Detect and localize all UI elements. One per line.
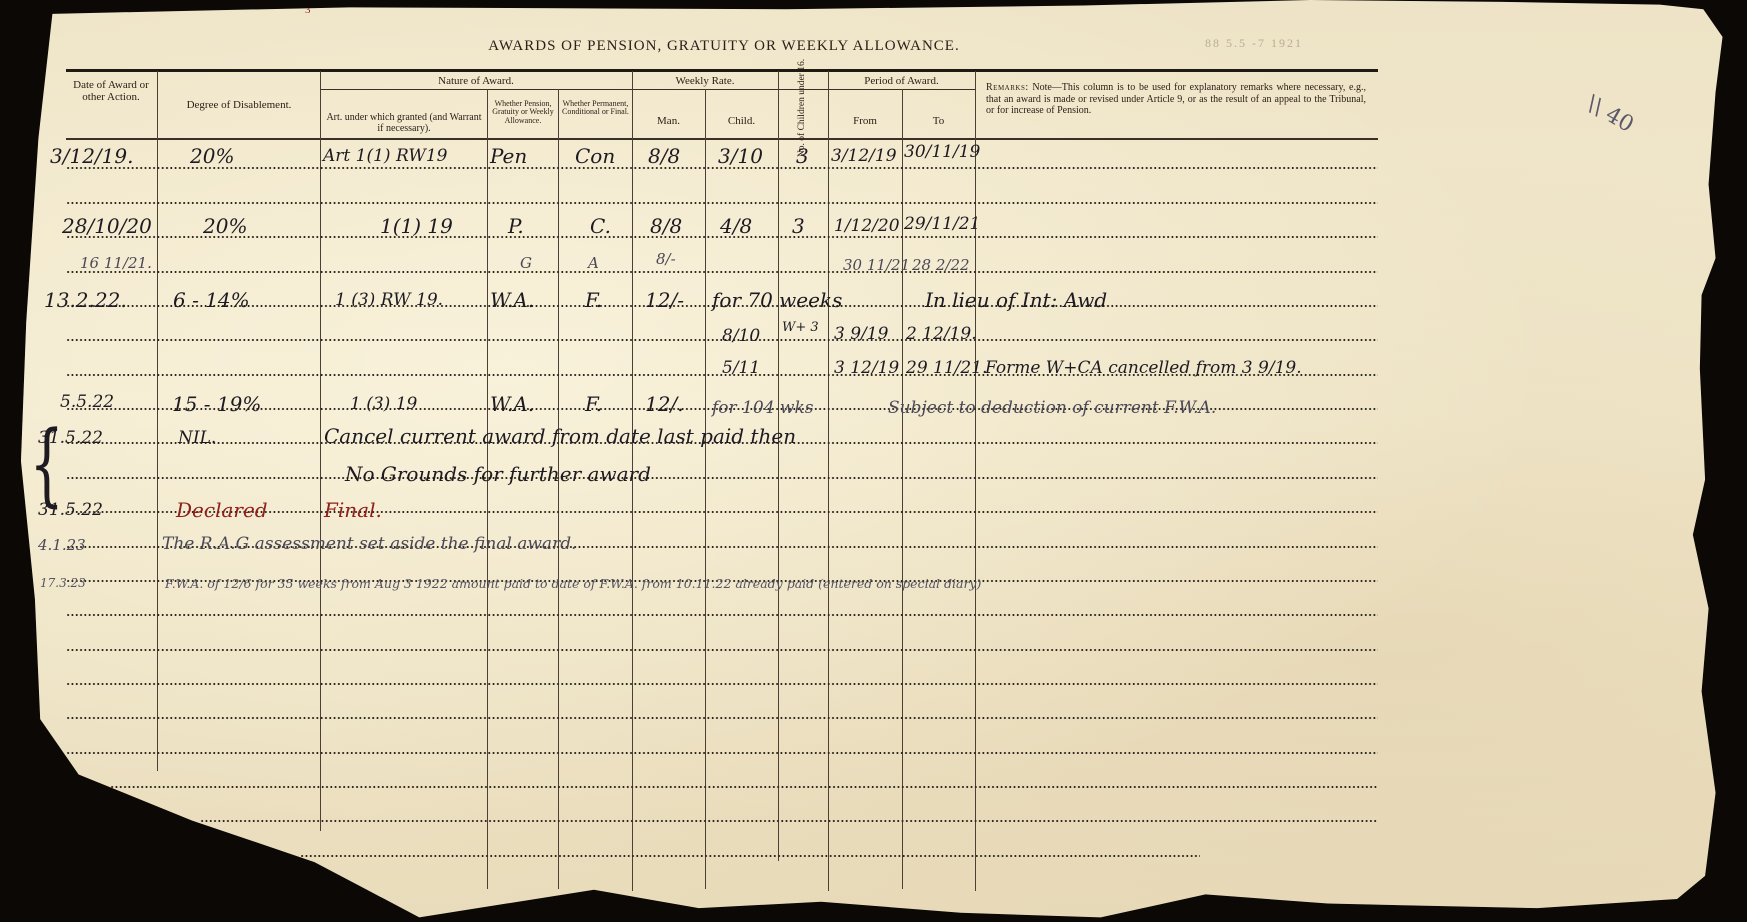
header-period-of-award: Period of Award. [828,76,975,88]
entry-date: 4.1.23 [38,536,86,554]
row-line [66,717,1378,719]
column-divider [705,89,706,889]
entry-declared-red: Declared [176,498,268,522]
column-divider [902,89,903,889]
row-line [66,614,1378,616]
page-title: AWARDS OF PENSION, GRATUITY OR WEEKLY AL… [424,38,1024,55]
header-whether-permanent: Whether Permanent, Conditional or Final. [559,100,632,117]
entry-from: 1/12/20 [834,216,900,236]
row-line [300,855,1200,857]
header-whether-pension: Whether Pension, Gratuity or Weekly Allo… [488,100,558,125]
row-line [66,477,1378,479]
column-divider [487,89,488,889]
entry-from: 3 9/19 [834,324,888,344]
entry-from: 30 11/21 [843,256,910,274]
entry-article: 1 (3) RW 19. [335,290,443,310]
header-article: Art. under which granted (and Warrant if… [323,113,485,134]
column-divider [558,89,559,889]
entry-degree: 20% [190,144,234,168]
entry-type: W.A. [490,392,534,416]
entry-remarks: In lieu of Int: Awd [925,288,1107,312]
header-remarks: Remarks: Note—This column is to be used … [986,82,1366,117]
pension-award-record-sheet: 3 AWARDS OF PENSION, GRATUITY OR WEEKLY … [0,0,1747,922]
entry-child-rate: 4/8 [720,214,752,238]
entry-note: The R.A.G assessment set aside the final… [162,534,576,554]
row-line [66,683,1378,685]
entry-final-red: Final. [324,498,382,522]
margin-pencil-mark: \\ 40 [1582,91,1638,138]
entry-degree: 6 - 14% [173,288,250,312]
entry-date: 17.3.23 [40,576,86,590]
row-line [66,271,1378,273]
entry-child-rate: 3/10 [718,144,763,168]
entry-date: 13.2.22. [44,288,127,312]
column-divider [828,71,829,891]
entry-remarks: Forme W+CA cancelled from 3 9/19. [985,358,1302,378]
header-children-under-16: No. of Children under 16. [781,78,825,138]
entry-note: Cancel current award from date last paid… [324,424,796,448]
header-degree: Degree of Disablement. [160,100,318,112]
header-to: To [902,116,975,128]
entry-man-rate: 8/8 [650,214,682,238]
entry-child-rate: 5/11 [722,358,760,378]
entry-man-rate: 8/8 [648,144,680,168]
row-line [66,752,1378,754]
entry-type: G [520,254,532,272]
entry-degree: 20% [203,214,247,238]
entry-degree: 15 - 19% [172,392,261,416]
header-bottom-rule [66,138,1378,140]
entry-to: 30/11/19 [904,142,980,162]
entry-degree: NIL. [178,428,216,448]
entry-to: 28 2/22 [912,256,970,274]
entry-child-rate: 8/10 [722,326,760,346]
header-from: From [828,116,902,128]
entry-remarks: Subject to deduction of current F.W.A. [888,398,1216,418]
entry-article: 1(1) 19 [380,214,453,238]
group-header-rule [320,89,975,90]
row-line [110,786,1378,788]
entry-status: A [588,254,599,272]
header-man: Man. [632,116,705,128]
header-child: Child. [705,116,778,128]
header-nature-of-award: Nature of Award. [320,76,632,88]
entry-child-rate: for 70 weeks [712,288,842,312]
header-top-rule [66,69,1378,72]
column-divider [157,71,158,771]
entry-date: 31.5.22 [38,500,103,520]
entry-date: 5.5.22 [60,392,114,412]
header-date: Date of Award or other Action. [66,80,156,103]
entry-to: 29 11/21. [906,358,987,378]
entry-status: Con [575,144,615,168]
entry-man-rate: 8/- [656,250,676,268]
entry-child-rate: for 104 wks [712,398,814,418]
entry-article: Art 1(1) RW19 [323,146,447,166]
entry-date: 28/10/20 [62,214,152,238]
row-line [66,202,1378,204]
entry-to: 2 12/19. [906,324,977,344]
entry-note: F.W.A. of 12/6 for 35 weeks from Aug 3 1… [165,576,981,591]
entry-status: F. [585,288,602,312]
entry-man-rate: 12/. [645,392,684,416]
entry-status: C. [590,214,611,238]
column-divider [778,71,779,861]
red-ink-mark: 3 [305,4,311,16]
entry-date: 16 11/21. [80,254,152,272]
entry-date: 3/12/19. [50,144,133,168]
entry-from: 3 12/19 [834,358,899,378]
header-weekly-rate: Weekly Rate. [632,76,778,88]
entry-children: 3 [796,144,809,168]
entry-date: 31.5.22 [38,428,103,448]
row-line [66,649,1378,651]
entry-note: No Grounds for further award [345,462,651,486]
entry-type: Pen [490,144,527,168]
entry-article: 1 (3) 19 [350,394,417,414]
entry-man-rate: 12/- [645,288,684,312]
entry-to: 29/11/21 [904,214,980,234]
faint-stamp: 88 5.5 -7 1921 [1205,36,1303,51]
entry-children: 3 [792,214,805,238]
entry-type: W.A. [490,288,534,312]
column-divider [975,71,976,891]
entry-children: W+ 3 [782,320,819,335]
row-line [200,820,1378,822]
entry-status: F. [585,392,602,416]
entry-from: 3/12/19 [831,146,897,166]
entry-type: P. [508,214,524,238]
